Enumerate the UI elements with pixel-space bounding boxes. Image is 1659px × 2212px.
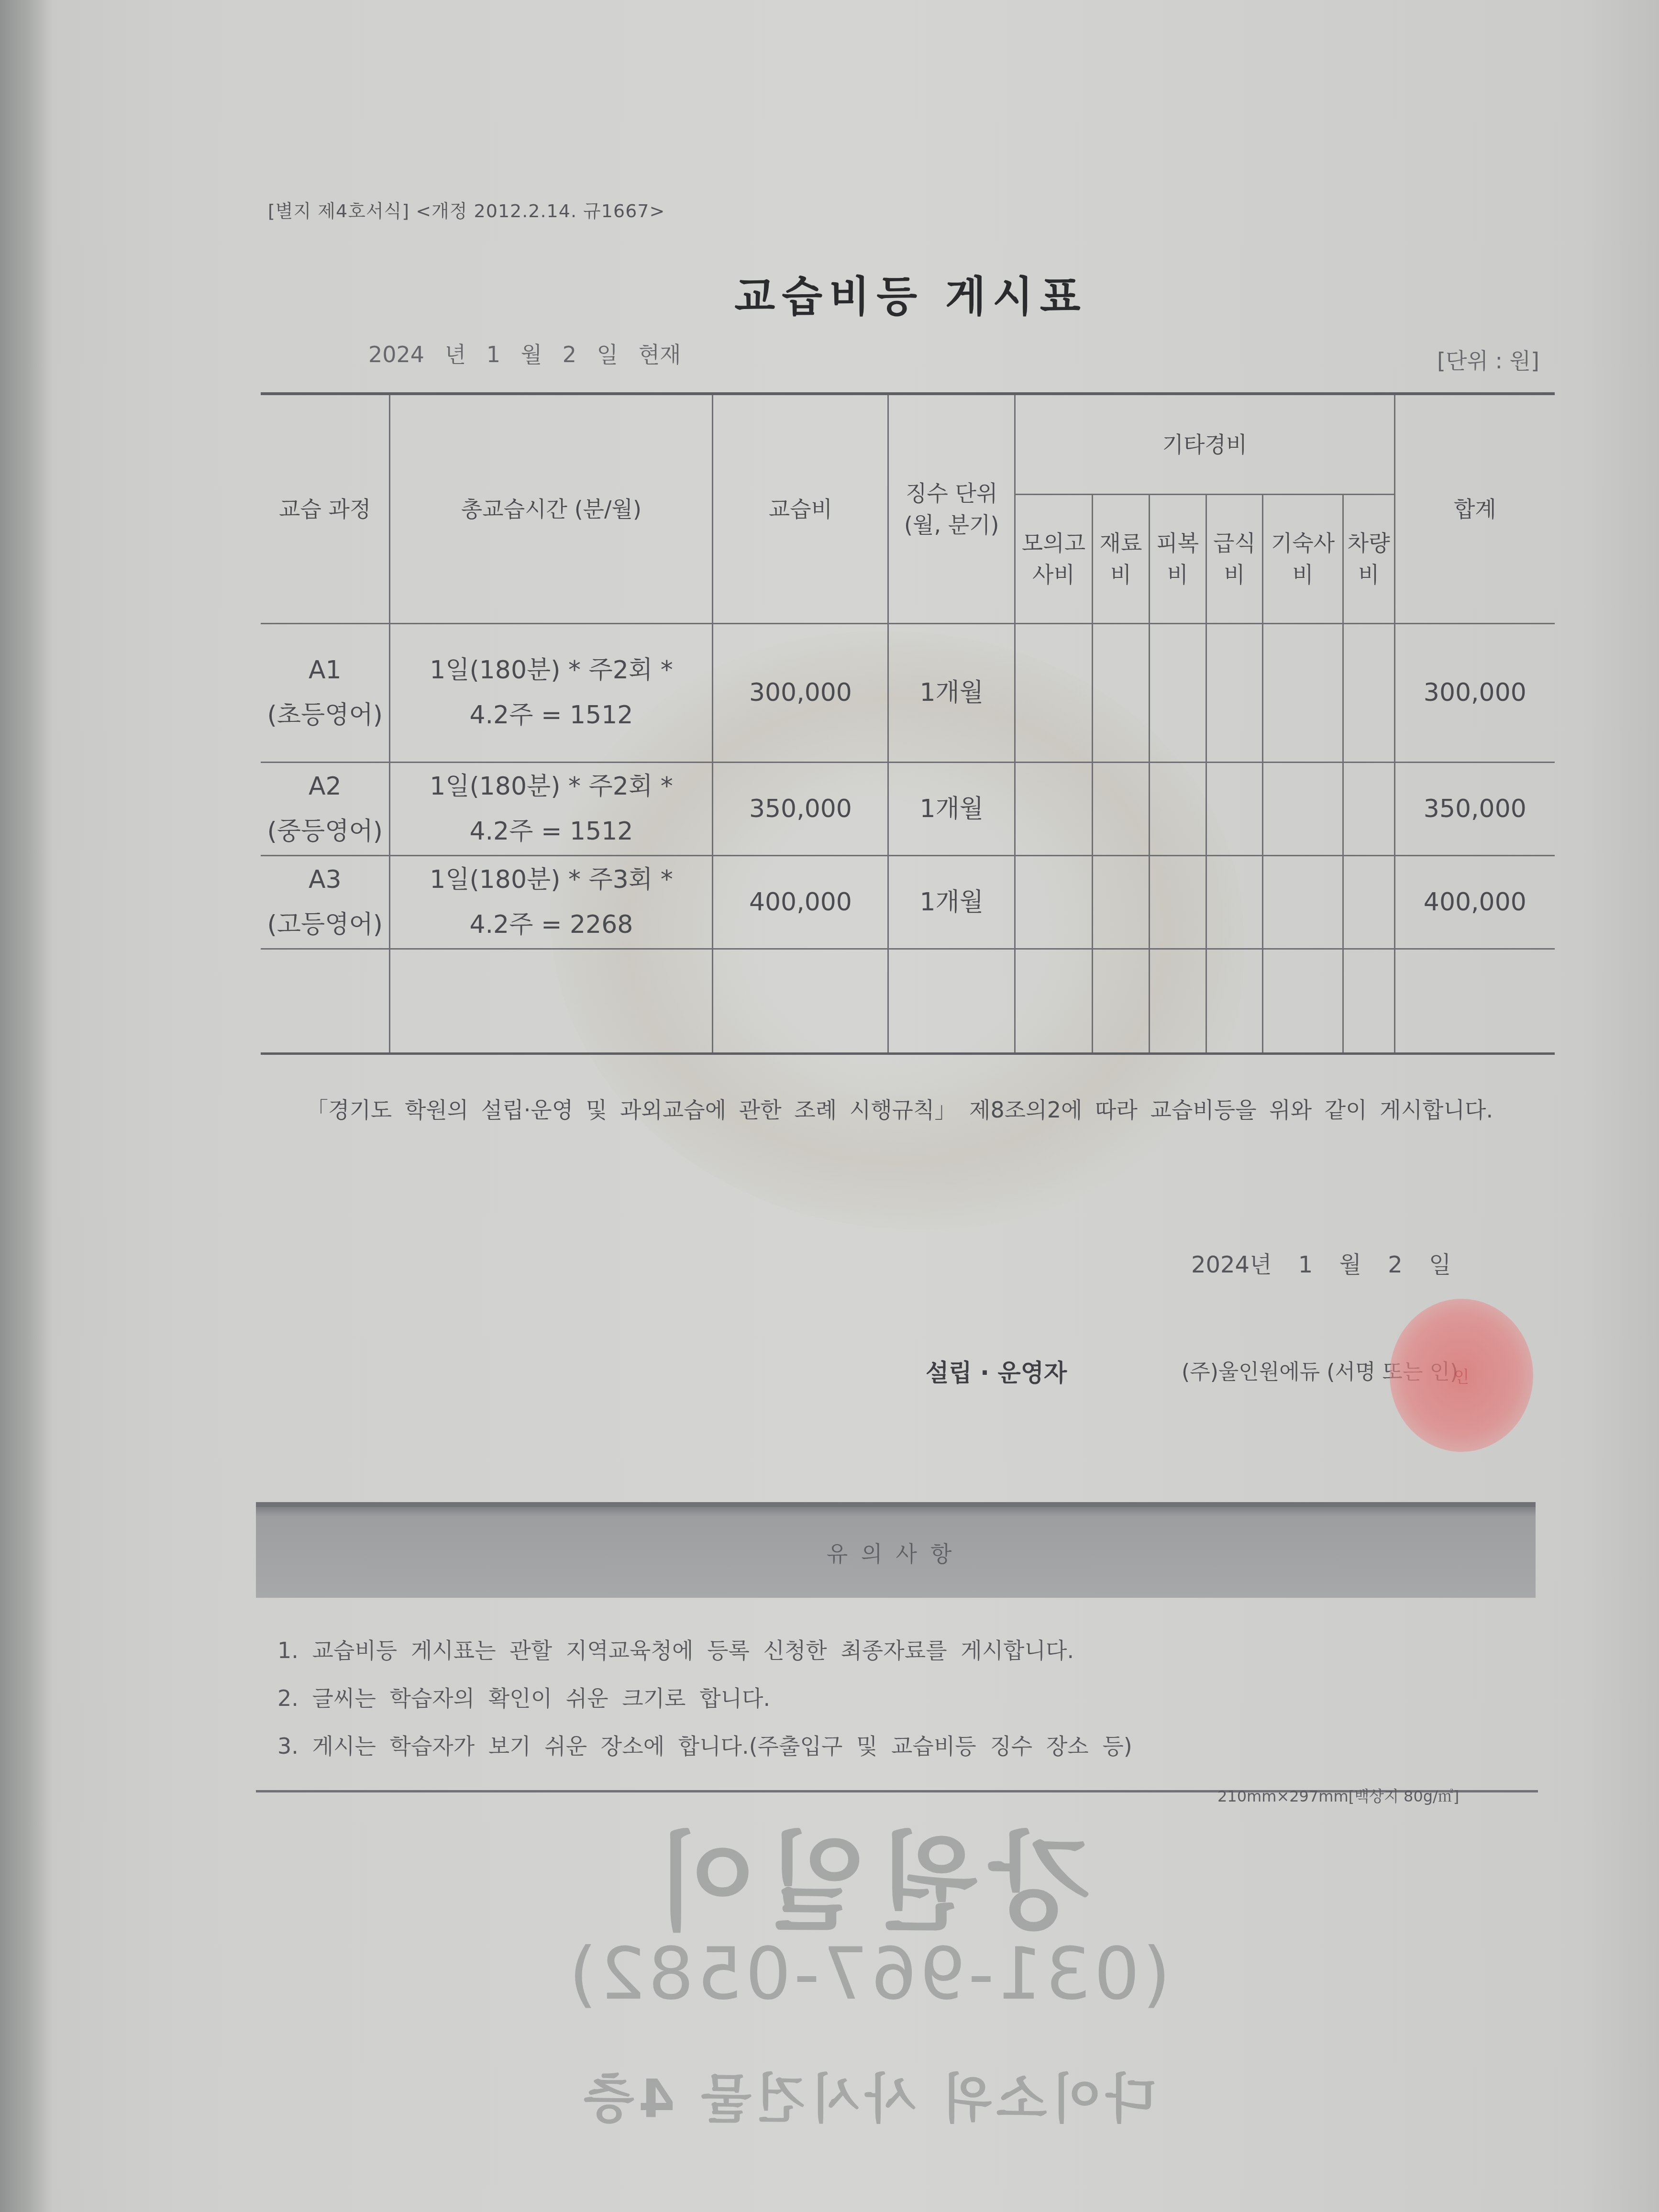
course-cell: A3(고등영어) xyxy=(261,855,390,949)
caution-item: 1. 교습비등 게시표는 관할 지역교육청에 등록 신청한 최종자료를 게시합니… xyxy=(277,1626,1521,1674)
header-tuition: 교습비 xyxy=(713,394,888,623)
vehicle-cell xyxy=(1343,762,1394,855)
vehicle-cell xyxy=(1343,855,1394,949)
header-total: 합계 xyxy=(1394,394,1555,623)
show-through-text: 강원일이 xyxy=(541,1799,1196,1950)
caution-item: 3. 게시는 학습자가 보기 쉬운 장소에 합니다.(주출입구 및 교습비등 징… xyxy=(277,1722,1521,1770)
show-through-address: 다이소위 사시건물 4층 xyxy=(541,2057,1196,2133)
meals-cell xyxy=(1206,623,1263,762)
meals-cell xyxy=(1206,855,1263,949)
dormitory-cell xyxy=(1263,855,1343,949)
tuition-cell: 300,000 xyxy=(713,623,888,762)
mock-exam-cell xyxy=(1015,623,1093,762)
operator-label: 설립 · 운영자 xyxy=(926,1354,1067,1388)
show-through-phone: (031-967-0582) xyxy=(541,1933,1196,2016)
course-cell: A1(초등영어) xyxy=(261,623,390,762)
vehicle-cell xyxy=(1343,623,1394,762)
clothing-cell xyxy=(1149,855,1206,949)
billing-unit-cell: 1개월 xyxy=(888,855,1015,949)
meals-cell xyxy=(1206,762,1263,855)
materials-cell xyxy=(1093,623,1150,762)
materials-cell xyxy=(1093,762,1150,855)
header-vehicle-fee: 차량비 xyxy=(1343,494,1394,623)
total-cell: 350,000 xyxy=(1394,762,1555,855)
header-dormitory-fee: 기숙사비 xyxy=(1263,494,1343,623)
materials-cell xyxy=(1093,855,1150,949)
hours-cell: 1일(180분) * 주2회 *4.2주 = 1512 xyxy=(390,762,713,855)
billing-unit-cell: 1개월 xyxy=(888,762,1015,855)
total-cell: 400,000 xyxy=(1394,855,1555,949)
header-other-expenses: 기타경비 xyxy=(1015,394,1395,494)
table-row-empty xyxy=(261,949,1555,1053)
tuition-cell: 350,000 xyxy=(713,762,888,855)
caution-item: 2. 글씨는 학습자의 확인이 쉬운 크기로 합니다. xyxy=(277,1674,1521,1722)
dormitory-cell xyxy=(1263,623,1343,762)
table-row: A1(초등영어) 1일(180분) * 주2회 *4.2주 = 1512 300… xyxy=(261,623,1555,762)
signature-date: 2024년 1 월 2 일 xyxy=(1191,1246,1451,1279)
clothing-cell xyxy=(1149,623,1206,762)
tuition-fee-table: 교습 과정 총교습시간 (분/월) 교습비 징수 단위 (월, 분기) 기타경비… xyxy=(261,392,1555,1055)
course-cell: A2(중등영어) xyxy=(261,762,390,855)
mock-exam-cell xyxy=(1015,762,1093,855)
header-clothing-fee: 피복비 xyxy=(1149,494,1206,623)
legal-notice: 「경기도 학원의 설립·운영 및 과외교습에 관한 조례 시행규칙」 제8조의2… xyxy=(306,1086,1540,1134)
cautions-list: 1. 교습비등 게시표는 관할 지역교육청에 등록 신청한 최종자료를 게시합니… xyxy=(277,1626,1521,1770)
header-materials-fee: 재료비 xyxy=(1093,494,1150,623)
mock-exam-cell xyxy=(1015,855,1093,949)
tuition-cell: 400,000 xyxy=(713,855,888,949)
currency-unit: [단위 : 원] xyxy=(1437,343,1539,375)
dormitory-cell xyxy=(1263,762,1343,855)
clothing-cell xyxy=(1149,762,1206,855)
as-of-date: 2024 년 1 월 2 일 현재 xyxy=(368,337,681,369)
header-billing-unit: 징수 단위 (월, 분기) xyxy=(888,394,1015,623)
header-total-hours: 총교습시간 (분/월) xyxy=(390,394,713,623)
form-reference: [별지 제4호서식] <개정 2012.2.14. 규1667> xyxy=(268,196,665,222)
table-row: A2(중등영어) 1일(180분) * 주2회 *4.2주 = 1512 350… xyxy=(261,762,1555,855)
cautions-heading: 유의사항 xyxy=(256,1502,1536,1598)
document-page: [별지 제4호서식] <개정 2012.2.14. 규1667> 교습비등 게시… xyxy=(0,0,1659,2212)
total-cell: 300,000 xyxy=(1394,623,1555,762)
paper-size-note: 210mm×297mm[백상지 80g/㎡] xyxy=(1217,1784,1459,1806)
header-mock-exam-fee: 모의고사비 xyxy=(1015,494,1093,623)
billing-unit-cell: 1개월 xyxy=(888,623,1015,762)
table-row: A3(고등영어) 1일(180분) * 주3회 *4.2주 = 2268 400… xyxy=(261,855,1555,949)
header-course: 교습 과정 xyxy=(261,394,390,623)
header-meals-fee: 급식비 xyxy=(1206,494,1263,623)
document-title: 교습비등 게시표 xyxy=(0,263,1659,323)
hours-cell: 1일(180분) * 주2회 *4.2주 = 1512 xyxy=(390,623,713,762)
red-seal-stamp-icon: 인 xyxy=(1390,1299,1533,1452)
hours-cell: 1일(180분) * 주3회 *4.2주 = 2268 xyxy=(390,855,713,949)
